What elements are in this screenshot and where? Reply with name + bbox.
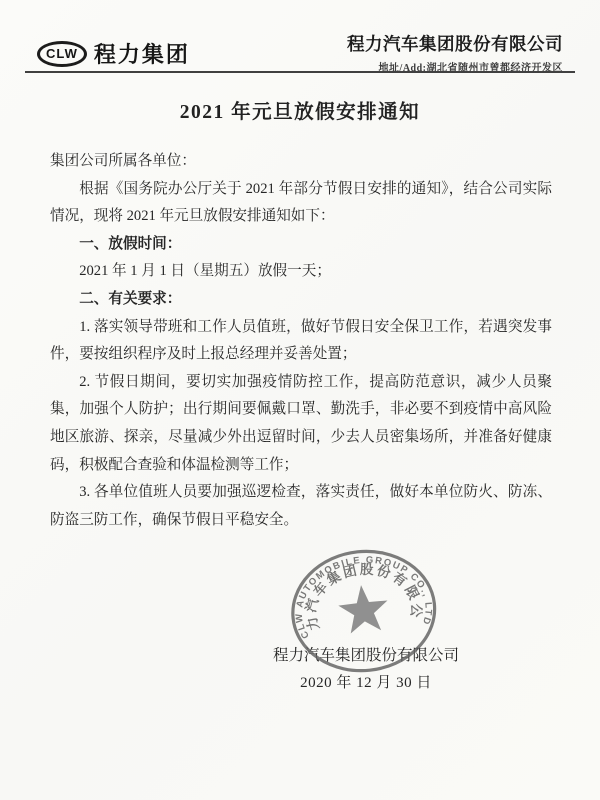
header-divider bbox=[25, 71, 575, 73]
intro-paragraph: 根据《国务院办公厅关于 2021 年部分节假日安排的通知》，结合公司实际情况，现… bbox=[50, 176, 552, 231]
company-seal-stamp: CLW AUTOMOBILE GROUP CO., LTD 程力汽车集团股份有限… bbox=[272, 533, 456, 695]
company-logo: CLW 程力集团 bbox=[37, 38, 190, 69]
document-page: CLW 程力集团 程力汽车集团股份有限公司 地址/Add:湖北省随州市曾都经济开… bbox=[0, 0, 600, 800]
seal-star-icon bbox=[336, 583, 390, 635]
requirement-item-3: 3. 各单位值班人员要加强巡逻检查，落实责任，做好本单位防火、防冻、防盗三防工作… bbox=[50, 479, 552, 534]
section1-content: 2021 年 1 月 1 日（星期五）放假一天； bbox=[50, 258, 552, 286]
salutation: 集团公司所属各单位： bbox=[50, 148, 552, 176]
clw-oval-logo-icon: CLW bbox=[37, 41, 87, 67]
section2-heading: 二、有关要求： bbox=[50, 286, 552, 314]
logo-brand-text: 程力集团 bbox=[94, 38, 190, 69]
requirement-item-2: 2. 节假日期间，要切实加强疫情防控工作，提高防范意识，减少人员聚集，加强个人防… bbox=[50, 369, 552, 479]
section1-heading: 一、放假时间： bbox=[50, 231, 552, 259]
notice-body: 集团公司所属各单位： 根据《国务院办公厅关于 2021 年部分节假日安排的通知》… bbox=[50, 148, 552, 534]
document-header: CLW 程力集团 程力汽车集团股份有限公司 地址/Add:湖北省随州市曾都经济开… bbox=[37, 31, 563, 74]
notice-title: 2021 年元旦放假安排通知 bbox=[0, 96, 600, 124]
company-name: 程力汽车集团股份有限公司 bbox=[347, 31, 563, 56]
header-company-block: 程力汽车集团股份有限公司 地址/Add:湖北省随州市曾都经济开发区 bbox=[347, 31, 563, 74]
requirement-item-1: 1. 落实领导带班和工作人员值班，做好节假日安全保卫工作，若遇突发事件，要按组织… bbox=[50, 314, 552, 369]
